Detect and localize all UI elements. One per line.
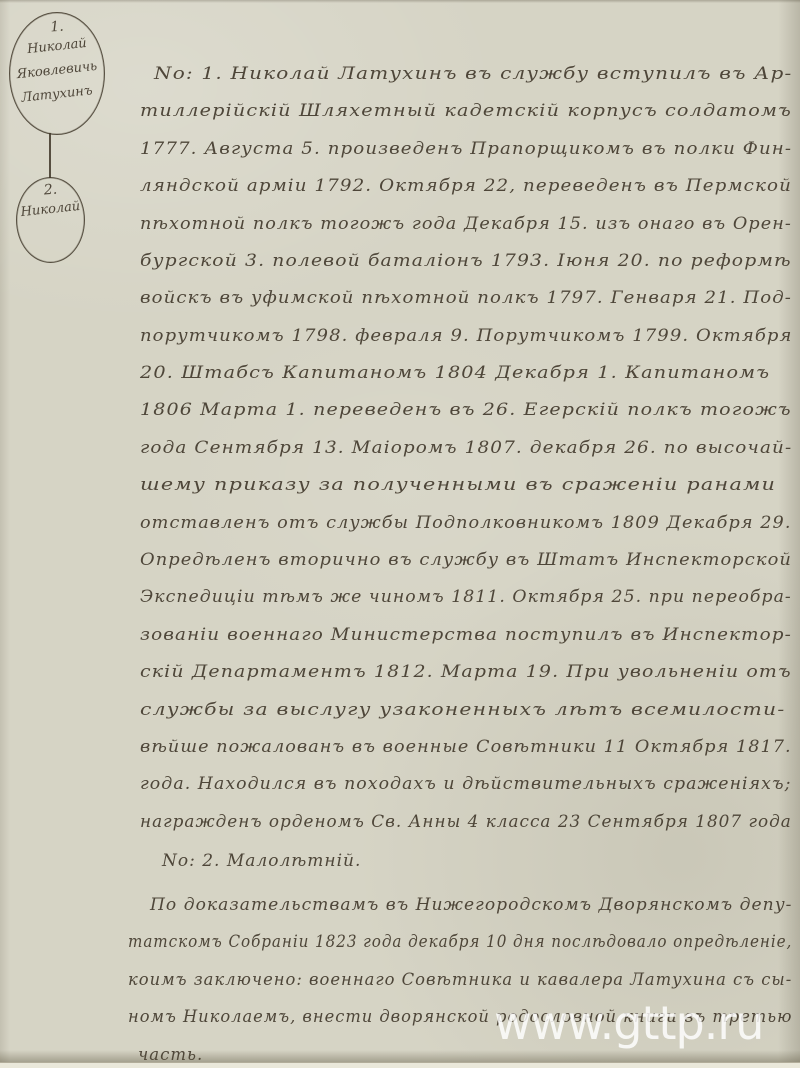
- manuscript-line: войскъ въ уфимской пѣхотной полкъ 1797. …: [140, 281, 792, 318]
- manuscript-line: шему приказу за полученными въ сраженіи …: [140, 468, 792, 505]
- scanned-document-page: 1. Николай Яковлевичь Латухинъ 2. Никола…: [0, 0, 800, 1068]
- manuscript-line: пѣхотной полкъ тогожъ года Декабря 15. и…: [140, 207, 792, 244]
- manuscript-line: татскомъ Собраніи 1823 года декабря 10 д…: [128, 925, 792, 962]
- tree-node-1: 1. Николай Яковлевичь Латухинъ: [9, 12, 105, 135]
- manuscript-line: ляндской арміи 1792. Октября 22, перевед…: [140, 169, 792, 206]
- manuscript-line: отставленъ отъ службы Подполковникомъ 18…: [140, 506, 792, 543]
- paper-bottom-shadow: [0, 1050, 800, 1062]
- entry-2-heading: No: 2. Малолѣтній.: [162, 851, 361, 871]
- manuscript-line: По доказательствамъ въ Нижегородскомъ Дв…: [128, 888, 792, 925]
- manuscript-line: службы за выслугу узаконенныхъ лѣтъ всем…: [140, 693, 792, 730]
- tree-node-2: 2. Николай: [16, 177, 85, 263]
- manuscript-line: Опредѣленъ вторично въ службу въ Штатъ И…: [140, 543, 792, 580]
- tree-connector-line: [49, 133, 51, 178]
- site-watermark: www.gttp.ru: [494, 998, 763, 1049]
- manuscript-line: 20. Штабсъ Капитаномъ 1804 Декабря 1. Ка…: [140, 356, 792, 393]
- manuscript-line: 1777. Августа 5. произведенъ Прапорщиком…: [140, 132, 792, 169]
- manuscript-line: тиллерійскій Шляхетный кадетскій корпусъ…: [140, 94, 792, 131]
- manuscript-line: порутчикомъ 1798. февраля 9. Порутчикомъ…: [140, 319, 792, 356]
- manuscript-line: зованіи военнаго Министерства поступилъ …: [140, 618, 792, 655]
- paper-bottom-edge: [0, 1062, 800, 1068]
- manuscript-line: скій Департаментъ 1812. Марта 19. При ув…: [140, 655, 792, 692]
- manuscript-line: награжденъ орденомъ Св. Анны 4 класса 23…: [140, 805, 792, 842]
- manuscript-line: года. Находился въ походахъ и дѣйствител…: [140, 767, 792, 804]
- manuscript-line: Экспедиціи тѣмъ же чиномъ 1811. Октября …: [140, 580, 792, 617]
- manuscript-line: года Сентября 13. Маіоромъ 1807. декабря…: [140, 431, 792, 468]
- manuscript-line: No: 1. Николай Латухинъ въ службу вступи…: [140, 57, 792, 94]
- manuscript-line: вѣйше пожалованъ въ военные Совѣтники 11…: [140, 730, 792, 767]
- manuscript-line: коимъ заключено: военнаго Совѣтника и ка…: [128, 963, 792, 1000]
- manuscript-line: бургской 3. полевой баталіонъ 1793. Іюня…: [140, 244, 792, 281]
- manuscript-line: 1806 Марта 1. переведенъ въ 26. Егерскій…: [140, 393, 792, 430]
